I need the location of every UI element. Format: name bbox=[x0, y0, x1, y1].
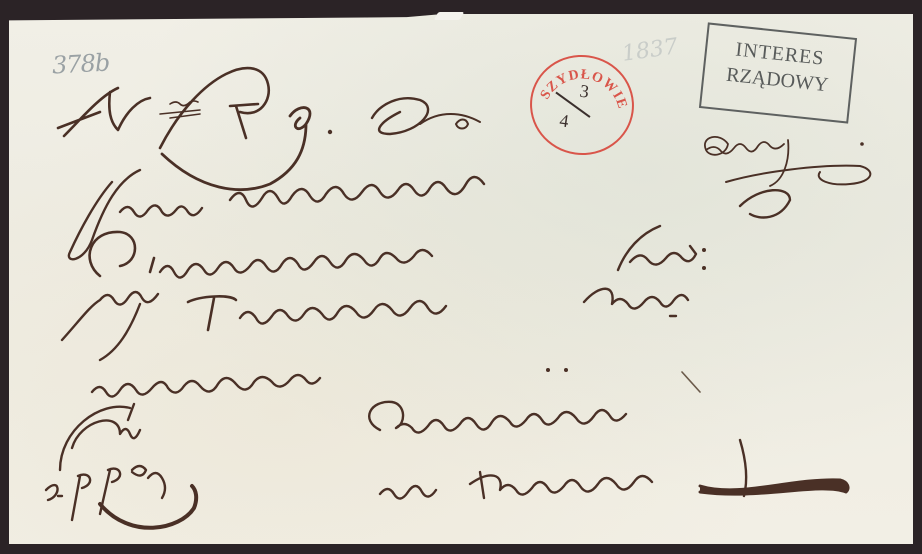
handwriting-strokes bbox=[0, 0, 922, 554]
scan-background: 378b 1837 SZYDŁOWIEC 3 4 INTERES RZĄDOWY bbox=[0, 0, 922, 554]
